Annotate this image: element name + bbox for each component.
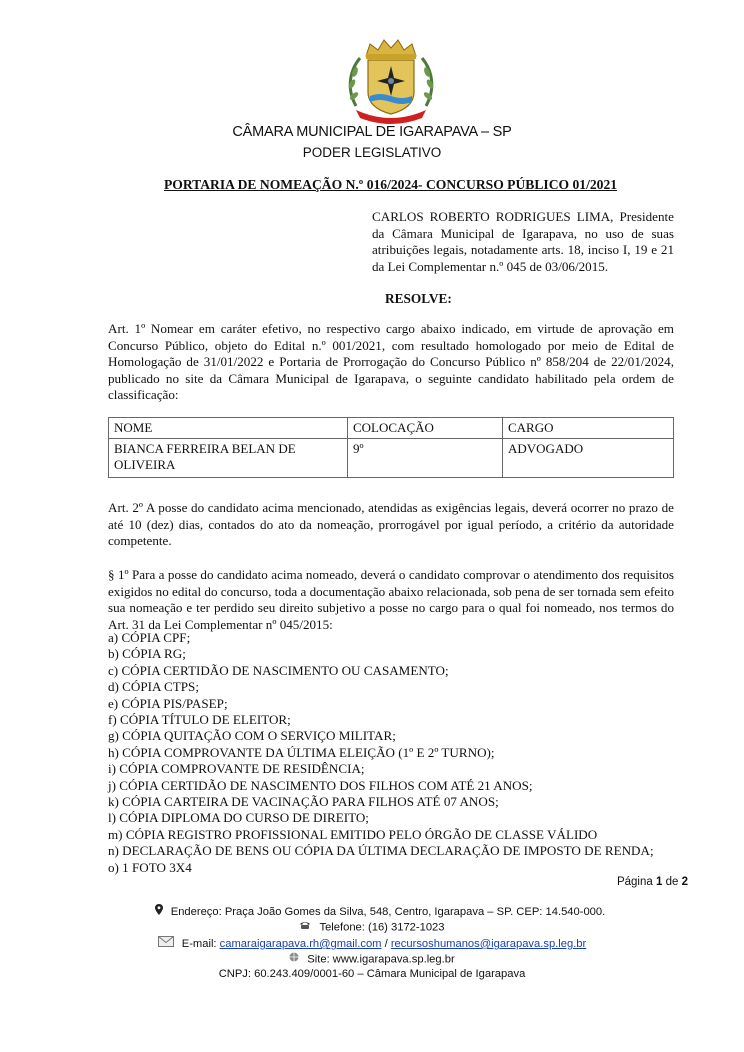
phone-text: Telefone: (16) 3172-1023: [319, 921, 444, 933]
article-2: Art. 2º A posse do candidato acima menci…: [108, 500, 674, 550]
cell-name: BIANCA FERREIRA BELAN DE OLIVEIRA: [109, 439, 348, 478]
table-row: BIANCA FERREIRA BELAN DE OLIVEIRA 9º ADV…: [109, 439, 674, 478]
map-pin-icon: [155, 904, 163, 920]
site-text: Site: www.igarapava.sp.leg.br: [307, 953, 454, 965]
footer-site: Site: www.igarapava.sp.leg.br: [0, 952, 744, 967]
municipal-crest-icon: [342, 36, 440, 124]
list-item: d) CÓPIA CTPS;: [108, 679, 688, 695]
list-item: f) CÓPIA TÍTULO DE ELEITOR;: [108, 712, 688, 728]
email-link-rh[interactable]: camaraigarapava.rh@gmail.com: [220, 938, 382, 950]
list-item: h) CÓPIA COMPROVANTE DA ÚLTIMA ELEIÇÃO (…: [108, 745, 688, 761]
footer-phone: Telefone: (16) 3172-1023: [0, 920, 744, 935]
list-item: a) CÓPIA CPF;: [108, 630, 688, 646]
list-item: o) 1 FOTO 3X4: [108, 860, 688, 876]
list-item: i) CÓPIA COMPROVANTE DE RESIDÊNCIA;: [108, 761, 688, 777]
list-item: c) CÓPIA CERTIDÃO DE NASCIMENTO OU CASAM…: [108, 663, 688, 679]
list-item: b) CÓPIA RG;: [108, 646, 688, 662]
footer-email: E-mail: camaraigarapava.rh@gmail.com / r…: [0, 936, 744, 952]
page-current: 1: [656, 876, 662, 888]
list-item: k) CÓPIA CARTEIRA DE VACINAÇÃO PARA FILH…: [108, 794, 688, 810]
envelope-icon: [158, 936, 174, 952]
required-documents-list: a) CÓPIA CPF; b) CÓPIA RG; c) CÓPIA CERT…: [108, 630, 688, 876]
footer-cnpj: CNPJ: 60.243.409/0001-60 – Câmara Munici…: [0, 967, 744, 982]
organization-subtitle: PODER LEGISLATIVO: [0, 145, 744, 160]
list-item: j) CÓPIA CERTIDÃO DE NASCIMENTO DOS FILH…: [108, 778, 688, 794]
email-label: E-mail:: [182, 938, 217, 950]
list-item: m) CÓPIA REGISTRO PROFISSIONAL EMITIDO P…: [108, 827, 688, 843]
page-indicator: Página 1 de 2: [617, 876, 688, 888]
appointment-table: NOME COLOCAÇÃO CARGO BIANCA FERREIRA BEL…: [108, 417, 674, 478]
paragraph-1: § 1º Para a posse do candidato acima nom…: [108, 567, 674, 633]
address-text: Endereço: Praça João Gomes da Silva, 548…: [171, 906, 606, 918]
header-name: NOME: [109, 418, 348, 439]
resolve-heading: RESOLVE:: [385, 291, 452, 307]
organization-name: CÂMARA MUNICIPAL DE IGARAPAVA – SP: [0, 124, 744, 140]
list-item: l) CÓPIA DIPLOMA DO CURSO DE DIREITO;: [108, 810, 688, 826]
email-separator: /: [385, 938, 388, 950]
document-title: PORTARIA DE NOMEAÇÃO N.º 016/2024- CONCU…: [108, 177, 673, 193]
header-position: CARGO: [503, 418, 674, 439]
header-placement: COLOCAÇÃO: [348, 418, 503, 439]
table-header-row: NOME COLOCAÇÃO CARGO: [109, 418, 674, 439]
page-total: 2: [682, 876, 688, 888]
article-1: Art. 1º Nomear em caráter efetivo, no re…: [108, 321, 674, 404]
email-link-recursos-humanos[interactable]: recursoshumanos@igarapava.sp.leg.br: [391, 938, 586, 950]
page-prefix: Página: [617, 876, 653, 888]
footer-address: Endereço: Praça João Gomes da Silva, 548…: [8, 904, 744, 920]
list-item: g) CÓPIA QUITAÇÃO COM O SERVIÇO MILITAR;: [108, 728, 688, 744]
page-separator: de: [666, 876, 679, 888]
list-item: n) DECLARAÇÃO DE BENS OU CÓPIA DA ÚLTIMA…: [108, 843, 688, 859]
globe-icon: [289, 952, 299, 967]
phone-icon: [299, 920, 311, 935]
preamble: CARLOS ROBERTO RODRIGUES LIMA, President…: [372, 209, 674, 275]
list-item: e) CÓPIA PIS/PASEP;: [108, 696, 688, 712]
cell-placement: 9º: [348, 439, 503, 478]
cell-position: ADVOGADO: [503, 439, 674, 478]
